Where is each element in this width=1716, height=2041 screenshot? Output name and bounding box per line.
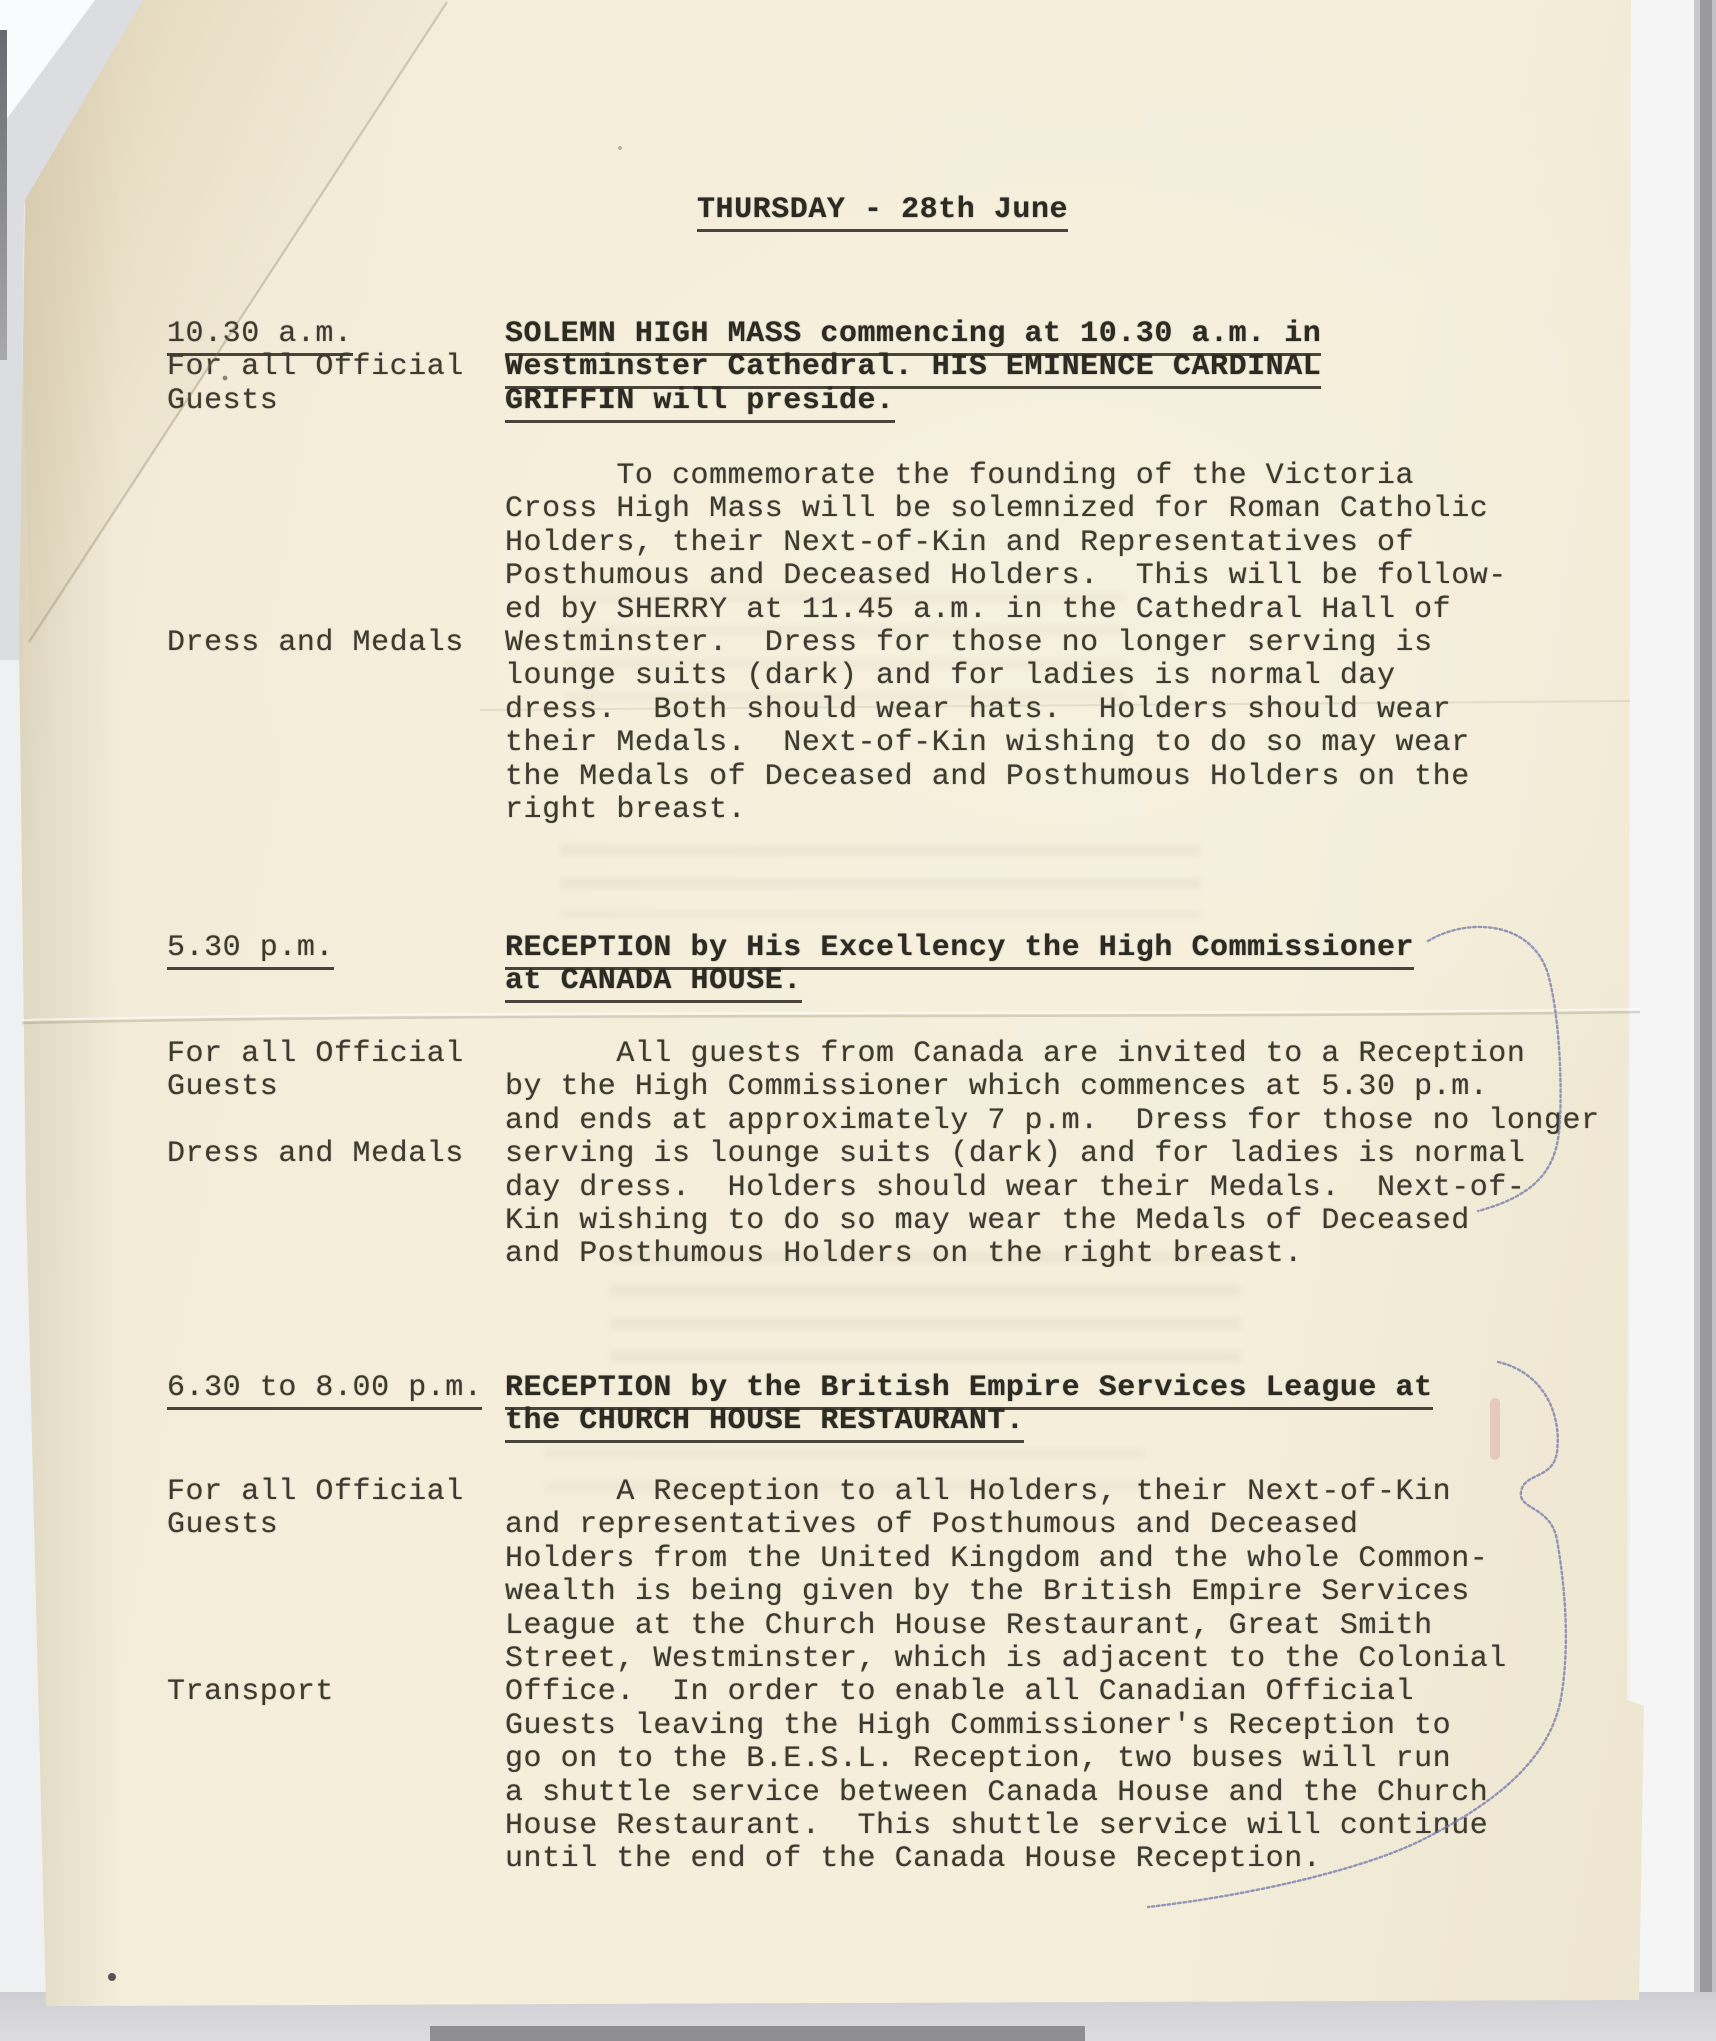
page-title: THURSDAY - 28th June: [697, 194, 1068, 232]
side-label: Guests: [167, 385, 278, 418]
body-line: Westminster. Dress for those no longer s…: [505, 627, 1433, 660]
heading-line: the CHURCH HOUSE RESTAURANT.: [505, 1405, 1024, 1443]
side-label: Guests: [167, 1509, 278, 1542]
body-line: their Medals. Next-of-Kin wishing to do …: [505, 727, 1470, 760]
side-label: Transport: [167, 1676, 334, 1709]
scanner-shadow-strip: [430, 2026, 1085, 2041]
body-line: until the end of the Canada House Recept…: [505, 1843, 1321, 1876]
body-line: All guests from Canada are invited to a …: [505, 1038, 1525, 1071]
body-line: Guests leaving the High Commissioner's R…: [505, 1710, 1451, 1743]
side-label: For all Official: [167, 1476, 464, 1509]
body-line: wealth is being given by the British Emp…: [505, 1576, 1470, 1609]
body-line: right breast.: [505, 794, 746, 827]
body-line: serving is lounge suits (dark) and for l…: [505, 1138, 1525, 1171]
time-label: 6.30 to 8.00 p.m.: [167, 1372, 482, 1410]
scanner-edge-sliver: [0, 30, 7, 360]
body-line: Office. In order to enable all Canadian …: [505, 1676, 1414, 1709]
body-line: A Reception to all Holders, their Next-o…: [505, 1476, 1451, 1509]
body-line: League at the Church House Restaurant, G…: [505, 1610, 1433, 1643]
body-line: a shuttle service between Canada House a…: [505, 1777, 1488, 1810]
body-line: and Posthumous Holders on the right brea…: [505, 1238, 1303, 1271]
body-line: the Medals of Deceased and Posthumous Ho…: [505, 761, 1470, 794]
document-page: THURSDAY - 28th June 10.30 a.m.SOLEMN HI…: [0, 0, 1716, 2041]
side-label: For all Official: [167, 1038, 464, 1071]
heading-line: GRIFFIN will preside.: [505, 385, 895, 423]
body-line: Posthumous and Deceased Holders. This wi…: [505, 560, 1507, 593]
time-label: 5.30 p.m.: [167, 932, 334, 970]
body-line: House Restaurant. This shuttle service w…: [505, 1810, 1488, 1843]
side-label: Dress and Medals: [167, 1138, 464, 1171]
body-line: Cross High Mass will be solemnized for R…: [505, 493, 1488, 526]
body-line: and representatives of Posthumous and De…: [505, 1509, 1358, 1542]
body-line: Holders, their Next-of-Kin and Represent…: [505, 527, 1414, 560]
body-line: dress. Both should wear hats. Holders sh…: [505, 694, 1451, 727]
body-line: To commemorate the founding of the Victo…: [505, 460, 1414, 493]
bleed-through-smudge: [560, 845, 1200, 917]
side-label: For all Official: [167, 351, 464, 384]
body-line: by the High Commissioner which commences…: [505, 1071, 1488, 1104]
body-line: Street, Westminster, which is adjacent t…: [505, 1643, 1507, 1676]
body-line: Holders from the United Kingdom and the …: [505, 1543, 1488, 1576]
heading-line: at CANADA HOUSE.: [505, 965, 802, 1003]
body-line: day dress. Holders should wear their Med…: [505, 1172, 1525, 1205]
body-line: Kin wishing to do so may wear the Medals…: [505, 1205, 1470, 1238]
body-line: lounge suits (dark) and for ladies is no…: [505, 660, 1396, 693]
body-line: go on to the B.E.S.L. Reception, two bus…: [505, 1743, 1451, 1776]
body-line: ed by SHERRY at 11.45 a.m. in the Cathed…: [505, 594, 1451, 627]
paper: THURSDAY - 28th June 10.30 a.m.SOLEMN HI…: [0, 0, 1716, 2041]
side-label: Guests: [167, 1071, 278, 1104]
body-line: and ends at approximately 7 p.m. Dress f…: [505, 1105, 1600, 1138]
side-label: Dress and Medals: [167, 627, 464, 660]
